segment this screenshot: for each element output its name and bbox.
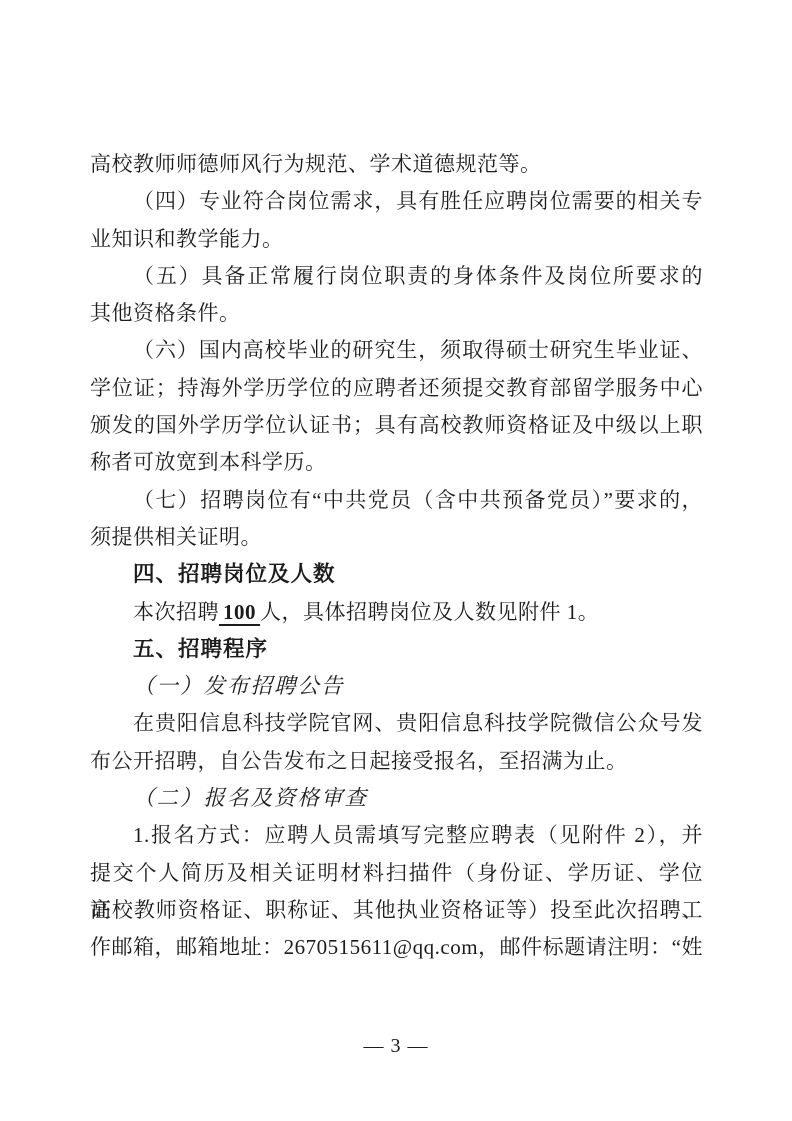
clause-7-line-2: 须提供相关证明。 (90, 519, 703, 556)
section-heading-procedure: 五、招聘程序 (90, 631, 703, 668)
registration-para-line-3: 高校教师资格证、职称证、其他执业资格证等）投至此次招聘工 (90, 892, 703, 929)
page-number: — 3 — (0, 1032, 792, 1060)
clause-4-line-1: （四）专业符合岗位需求，具有胜任应聘岗位需要的相关专 (90, 183, 703, 220)
document-page: 高校教师师德师风行为规范、学术道德规范等。 （四）专业符合岗位需求，具有胜任应聘… (0, 0, 792, 1121)
clause-6-line-4: 称者可放宽到本科学历。 (90, 444, 703, 481)
clause-6-line-3: 颁发的国外学历学位认证书；具有高校教师资格证及中级以上职 (90, 407, 703, 444)
clause-6-line-2: 学位证；持海外学历学位的应聘者还须提交教育部留学服务中心 (90, 370, 703, 407)
subsection-heading-registration: （二）报名及资格审查 (90, 780, 703, 817)
subsection-heading-announcement: （一）发布招聘公告 (90, 668, 703, 705)
registration-para-line-1: 1.报名方式：应聘人员需填写完整应聘表（见附件 2），并 (90, 817, 703, 854)
paragraph-continuation-line: 高校教师师德师风行为规范、学术道德规范等。 (90, 146, 703, 183)
registration-para-line-4: 作邮箱，邮箱地址：2670515611@qq.com，邮件标题请注明：“姓 (90, 929, 703, 966)
registration-para-line-2: 提交个人简历及相关证明材料扫描件（身份证、学历证、学位证、 (90, 855, 703, 892)
recruit-count-line: 本次招聘100人，具体招聘岗位及人数见附件 1。 (90, 594, 703, 631)
clause-6-line-1: （六）国内高校毕业的研究生，须取得硕士研究生毕业证、 (90, 332, 703, 369)
announcement-para-line-2: 布公开招聘，自公告发布之日起接受报名，至招满为止。 (90, 743, 703, 780)
clause-4-line-2: 业知识和教学能力。 (90, 221, 703, 258)
section-heading-positions: 四、招聘岗位及人数 (90, 556, 703, 593)
recruit-count-suffix: 人，具体招聘岗位及人数见附件 1。 (260, 600, 599, 624)
announcement-para-line-1: 在贵阳信息科技学院官网、贵阳信息科技学院微信公众号发 (90, 705, 703, 742)
clause-5-line-1: （五）具备正常履行岗位职责的身体条件及岗位所要求的 (90, 258, 703, 295)
clause-5-line-2: 其他资格条件。 (90, 295, 703, 332)
recruit-count-prefix: 本次招聘 (133, 600, 219, 624)
document-body: 高校教师师德师风行为规范、学术道德规范等。 （四）专业符合岗位需求，具有胜任应聘… (90, 146, 703, 967)
recruit-count-value: 100 (219, 600, 260, 626)
clause-7-line-1: （七）招聘岗位有“中共党员（含中共预备党员）”要求的， (90, 482, 703, 519)
